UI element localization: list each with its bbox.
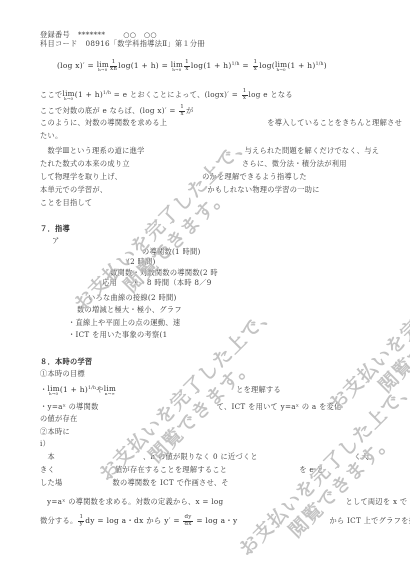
formula-text: (log x)′ = — [57, 61, 97, 70]
text: 数学Ⅲという理系の道に進学 — [40, 146, 145, 155]
flow-heading: ②本時に — [40, 427, 70, 436]
fraction: 1x — [184, 60, 190, 72]
registration-line: 登録番号*******○○ ○○ — [40, 30, 157, 39]
text: から ICT 上でグラフを描 — [329, 516, 410, 525]
formula-text: ) — [324, 61, 327, 70]
derivation-line: y=aˣ の導関数を求める。対数の定義から、x = logとして両辺を x で — [47, 497, 407, 506]
text: とを理解する — [236, 385, 281, 394]
formula-text: log(1 + h) — [191, 61, 232, 70]
exponent: 1/h — [232, 62, 240, 67]
text: y=aˣ の導関数を求める。対数の定義から、x = log — [47, 497, 223, 506]
text: このように、対数の導関数を求める上 — [40, 118, 167, 127]
goal-item: の値が存在 — [40, 414, 77, 423]
bullet: ・ — [40, 385, 48, 394]
formula-text: log(1 + h) = — [118, 61, 170, 70]
base-e-line: ここで対数の底が e ならば、(log x)′ = 1xが — [40, 105, 194, 117]
text: 本 — [40, 452, 55, 461]
goal-heading: ①本時の目標 — [40, 369, 85, 378]
lim-operator: limn→∞ — [104, 385, 116, 396]
e-definition-line: ここでlimh→0(1 + h)1/h = e とおくことによって、(logx)… — [40, 88, 293, 101]
fraction: 1x — [179, 105, 185, 117]
flow-sub: ⅰ） — [40, 439, 50, 448]
registration-label: 登録番号 — [40, 30, 70, 39]
lim-operator: limh→0 — [171, 61, 183, 72]
exponent: 1/h — [316, 62, 324, 67]
paragraph-line: 数学Ⅲという理系の道に進学与えられた問題を解くだけでなく、与え — [40, 146, 379, 155]
text: きく — [40, 465, 55, 474]
text: や — [96, 385, 104, 394]
fraction: 1x — [242, 89, 248, 101]
text: として両辺を x で — [345, 497, 407, 506]
text: ・y=aˣ の導関数 — [40, 402, 99, 411]
text: = e とおくことによって、(logx)′ = — [111, 90, 240, 99]
lim-operator: limh→0 — [62, 90, 74, 101]
paragraph-line: たれた数式の本来の成り立さらに、微分法・積分法が利用 — [40, 159, 347, 168]
formula-log-derivative: (log x)′ = limh→01xhlog(1 + h) = limh→01… — [57, 59, 327, 72]
text: を導入していることをきちんと理解させ — [267, 118, 402, 127]
student-name: ○○ ○○ — [123, 30, 157, 39]
text: て、ICT を用いて y=aˣ の a を変化 — [217, 402, 342, 411]
text: 本単元での学習が、 — [40, 185, 107, 194]
document-page: 登録番号*******○○ ○○ 科目コード08916「数学科指導法Ⅱ」第１分冊… — [0, 0, 410, 580]
formula-text: = log a・y — [194, 516, 238, 525]
fraction: 1y — [78, 515, 84, 527]
text: たれた数式の本来の成り立 — [40, 159, 130, 168]
subject-code-line: 科目コード08916「数学科指導法Ⅱ」第１分冊 — [40, 39, 205, 48]
text: 微分する。 — [40, 516, 77, 525]
paragraph-line: して物理学を取り上げ、のかを理解できるよう指導した — [40, 172, 307, 181]
paragraph-line: このように、対数の導関数を求める上を導入していることをきちんと理解させ — [40, 118, 402, 127]
plan-item: ・直線上や平面上の点の運動、速 — [68, 318, 180, 327]
text: ここで — [40, 90, 62, 99]
text: ここで対数の底が e ならば、(log x)′ = — [40, 106, 178, 115]
goal-item: ・limh→0(1 + h)1/hやlimn→∞とを理解する — [40, 383, 281, 396]
section-8-heading: ８．本時の学習 — [40, 357, 92, 366]
fraction: dydx — [183, 515, 192, 527]
formula-text: dy = log a・dx から y′ = — [85, 516, 182, 525]
differentiation-line: 微分する。1ydy = log a・dx から y′ = dydx = log … — [40, 515, 410, 527]
formula-text: (1 + h) — [287, 61, 315, 70]
text: log e となる — [249, 90, 293, 99]
formula-text: (1 + h) — [60, 385, 88, 394]
subject-code-value: 08916「数学科指導法Ⅱ」第１分冊 — [85, 39, 204, 48]
lim-operator: limh→0 — [275, 61, 287, 72]
text: たい。 — [40, 131, 62, 140]
fraction: 1xh — [110, 60, 117, 72]
fraction: 1x — [253, 60, 259, 72]
formula-text: (1 + h) — [75, 90, 103, 99]
text: して物理学を取り上げ、 — [40, 172, 122, 181]
exponent: 1/h — [103, 91, 111, 96]
section-7-sub: ア — [52, 236, 60, 245]
text: 与えられた問題を解くだけでなく、与え — [245, 146, 380, 155]
lim-operator: limh→0 — [97, 61, 109, 72]
plan-item: ・ICT を用いた事象の考察(1 — [68, 330, 167, 339]
text: が — [186, 106, 194, 115]
paragraph-line: ことを目指して — [40, 198, 92, 207]
text: ことを目指して — [40, 198, 92, 207]
lim-operator: limh→0 — [48, 385, 60, 396]
registration-value: ******* — [78, 30, 105, 39]
paragraph-line: たい。 — [40, 131, 62, 140]
flow-paragraph-line: きく値が存在することを理解することを e と — [40, 465, 324, 474]
section-7-heading: ７．指導 — [40, 224, 70, 233]
subject-code-label: 科目コード — [40, 39, 77, 48]
text: した場 — [40, 478, 62, 487]
formula-text: log( — [259, 61, 275, 70]
